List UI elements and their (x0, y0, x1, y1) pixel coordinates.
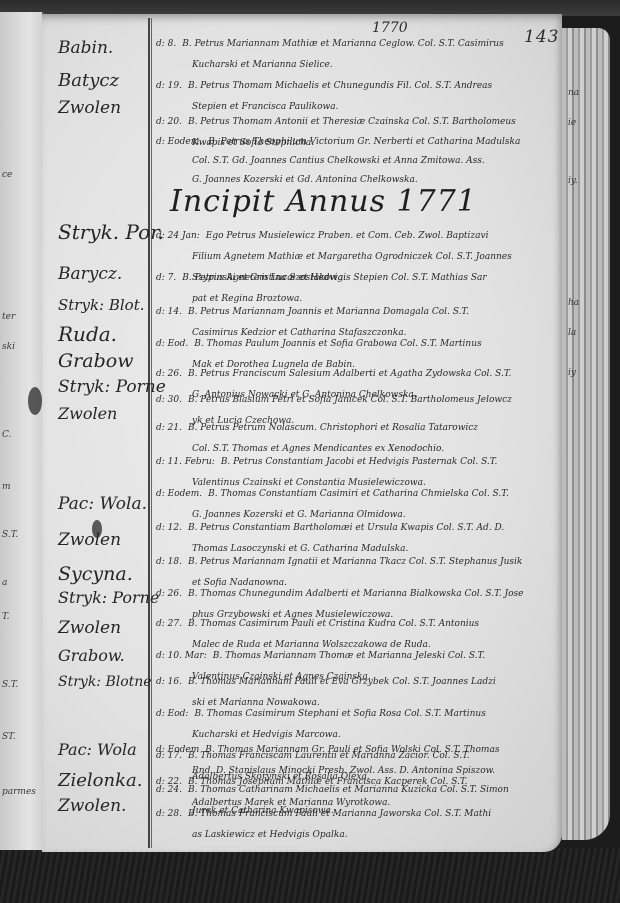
place-name: Stryk: Porne (58, 588, 159, 607)
entry-date: d: 26. (156, 369, 182, 379)
place-name: Sycyna. (58, 563, 133, 585)
place-name: Grabow. (58, 646, 125, 665)
entry-text: B. Thomas Constantiam Casimiri et Cathar… (208, 489, 509, 499)
place-name: Barycz. (58, 264, 122, 284)
entry-date: d: 7. (156, 273, 176, 283)
entry-date: d: Eodem. (156, 137, 202, 147)
place-name: Pac: Wola. (58, 494, 147, 514)
entry-text: B. Petrus Blasium Petri et Sofia Janicek… (188, 395, 512, 405)
entry-date: d: 20. (156, 117, 182, 127)
entry-text: B. Petrus Constantiam Bartholomæi et Urs… (188, 523, 504, 533)
margin-rule-inner (151, 18, 152, 848)
previous-page-edge: ce ter ski C. m S.T. a T. S.T. ST. parme… (0, 12, 44, 850)
entry-text: B. Thomas Franciscum Pauli et Marianna J… (188, 809, 491, 819)
place-name: Batycz (58, 70, 119, 91)
ink-blot (92, 520, 102, 538)
page-stack-edges: na ie iy. ha la iy (562, 28, 610, 840)
entry-text: B. Thomas Josephum Mathiæ et Francisca K… (188, 777, 467, 787)
leather-cover (0, 848, 620, 903)
entry-godparents: Kucharski et Marianna Sielice. (156, 55, 556, 76)
entry-date: d: 12. (156, 523, 182, 533)
entry-text: B. Petrus Mariannam Ignatii et Marianna … (188, 557, 522, 567)
place-name: Zwolen (58, 404, 117, 423)
entry-date: d: 24 Jan: (156, 231, 200, 241)
entry-date: d: Eodem (156, 745, 199, 755)
entry-date: d: 11. Febru: (156, 457, 215, 467)
entry-date: d: 18. (156, 557, 182, 567)
entry-date: d: 8. (156, 39, 176, 49)
baptism-entry: d: 28.B. Thomas Franciscum Pauli et Mari… (156, 804, 556, 846)
entry-date: d: 22. (156, 777, 182, 787)
entry-date: d: 27. (156, 619, 182, 629)
entry-assistants: G. Joannes Kozerski et Gd. Antonina Chel… (156, 171, 556, 190)
entry-text: B. Thomas Mariannam Thomæ et Marianna Je… (213, 651, 485, 661)
entry-date: d: 19. (156, 81, 182, 91)
entry-text: B. Petrus Franciscum Salesium Adalberti … (188, 369, 511, 379)
entry-text: B. Petrus Thomam Antonii et Theresiæ Cza… (188, 117, 516, 127)
entry-date: d: Eod. (156, 339, 188, 349)
place-name: Ruda. (58, 322, 117, 346)
place-name: Stryk. Por. (58, 220, 164, 244)
place-name: Zwolen (58, 618, 121, 638)
entry-date: d: 21. (156, 423, 182, 433)
entry-text: B. Thomas Casimirum Stephani et Sofia Ro… (194, 709, 485, 719)
place-name: Pac: Wola (58, 740, 137, 759)
ink-blot (28, 387, 42, 415)
place-name: Zwolen (58, 530, 121, 550)
entry-date: d: 28. (156, 809, 182, 819)
entry-text: B. Petrus Agnetem Lucæ et Hedvigis Stepi… (182, 273, 486, 283)
entry-date: d: Eodem. (156, 489, 202, 499)
entry-text: B. Petrus Thomam Michaelis et Chunegundi… (188, 81, 492, 91)
entry-text: B. Thomas Chunegundim Adalberti et Maria… (188, 589, 524, 599)
entry-date: d: 30. (156, 395, 182, 405)
entry-date: d: Eod: (156, 709, 188, 719)
entry-text: B. Petrus Constantiam Jacobi et Hedvigis… (221, 457, 498, 467)
entry-text: Ego Petrus Musielewicz Praben. et Com. C… (206, 231, 489, 241)
entry-text: B. Petrus Mariannam Mathiæ et Marianna C… (182, 39, 503, 49)
entry-text: B. Petrus Petrum Nolascum. Christophori … (188, 423, 478, 433)
entry-date: d: 26. (156, 589, 182, 599)
place-name: Zwolen. (58, 796, 126, 816)
entry-text: B. Thomas Casimirum Pauli et Cristina Ku… (188, 619, 479, 629)
entry-date: d: 16. (156, 677, 182, 687)
entry-date: d: 10. Mar: (156, 651, 207, 661)
manuscript-scan: ce ter ski C. m S.T. a T. S.T. ST. parme… (0, 0, 620, 903)
entry-date: d: 14. (156, 307, 182, 317)
entry-text: B. Thomas Mariannam Gr. Pauli et Sofia W… (205, 745, 499, 755)
entry-text: B. Thomas Mariannam Pauli et Eva Grzybek… (188, 677, 496, 687)
margin-rule (148, 18, 150, 848)
place-name: Zielonka. (58, 770, 142, 791)
place-name: Babin. (58, 38, 113, 58)
place-name: Stryk: Porne (58, 377, 166, 397)
place-name: Stryk: Blot. (58, 296, 145, 314)
place-name: Grabow (58, 350, 133, 372)
entry-text: B. Thomas Paulum Joannis et Sofia Grabow… (194, 339, 481, 349)
entry-godparents: Col. S.T. Gd. Joannes Cantius Chelkowski… (156, 152, 556, 171)
entry-text: B. Petrus Mariannam Joannis et Marianna … (188, 307, 469, 317)
baptism-entry: d: Eodem.B. Petrus Theophilum Victorium … (156, 133, 556, 190)
entry-godparents: Filium Agnetem Mathiæ et Margaretha Ogro… (156, 247, 556, 268)
place-name: Zwolen (58, 98, 121, 118)
place-name: Stryk: Blotne (58, 674, 152, 690)
entry-text: B. Petrus Theophilum Victorium Gr. Nerbe… (208, 137, 520, 147)
baptism-entry: d: 8.B. Petrus Mariannam Mathiæ et Maria… (156, 34, 556, 76)
entry-godparents: as Laskiewicz et Hedvigis Opalka. (156, 825, 556, 846)
